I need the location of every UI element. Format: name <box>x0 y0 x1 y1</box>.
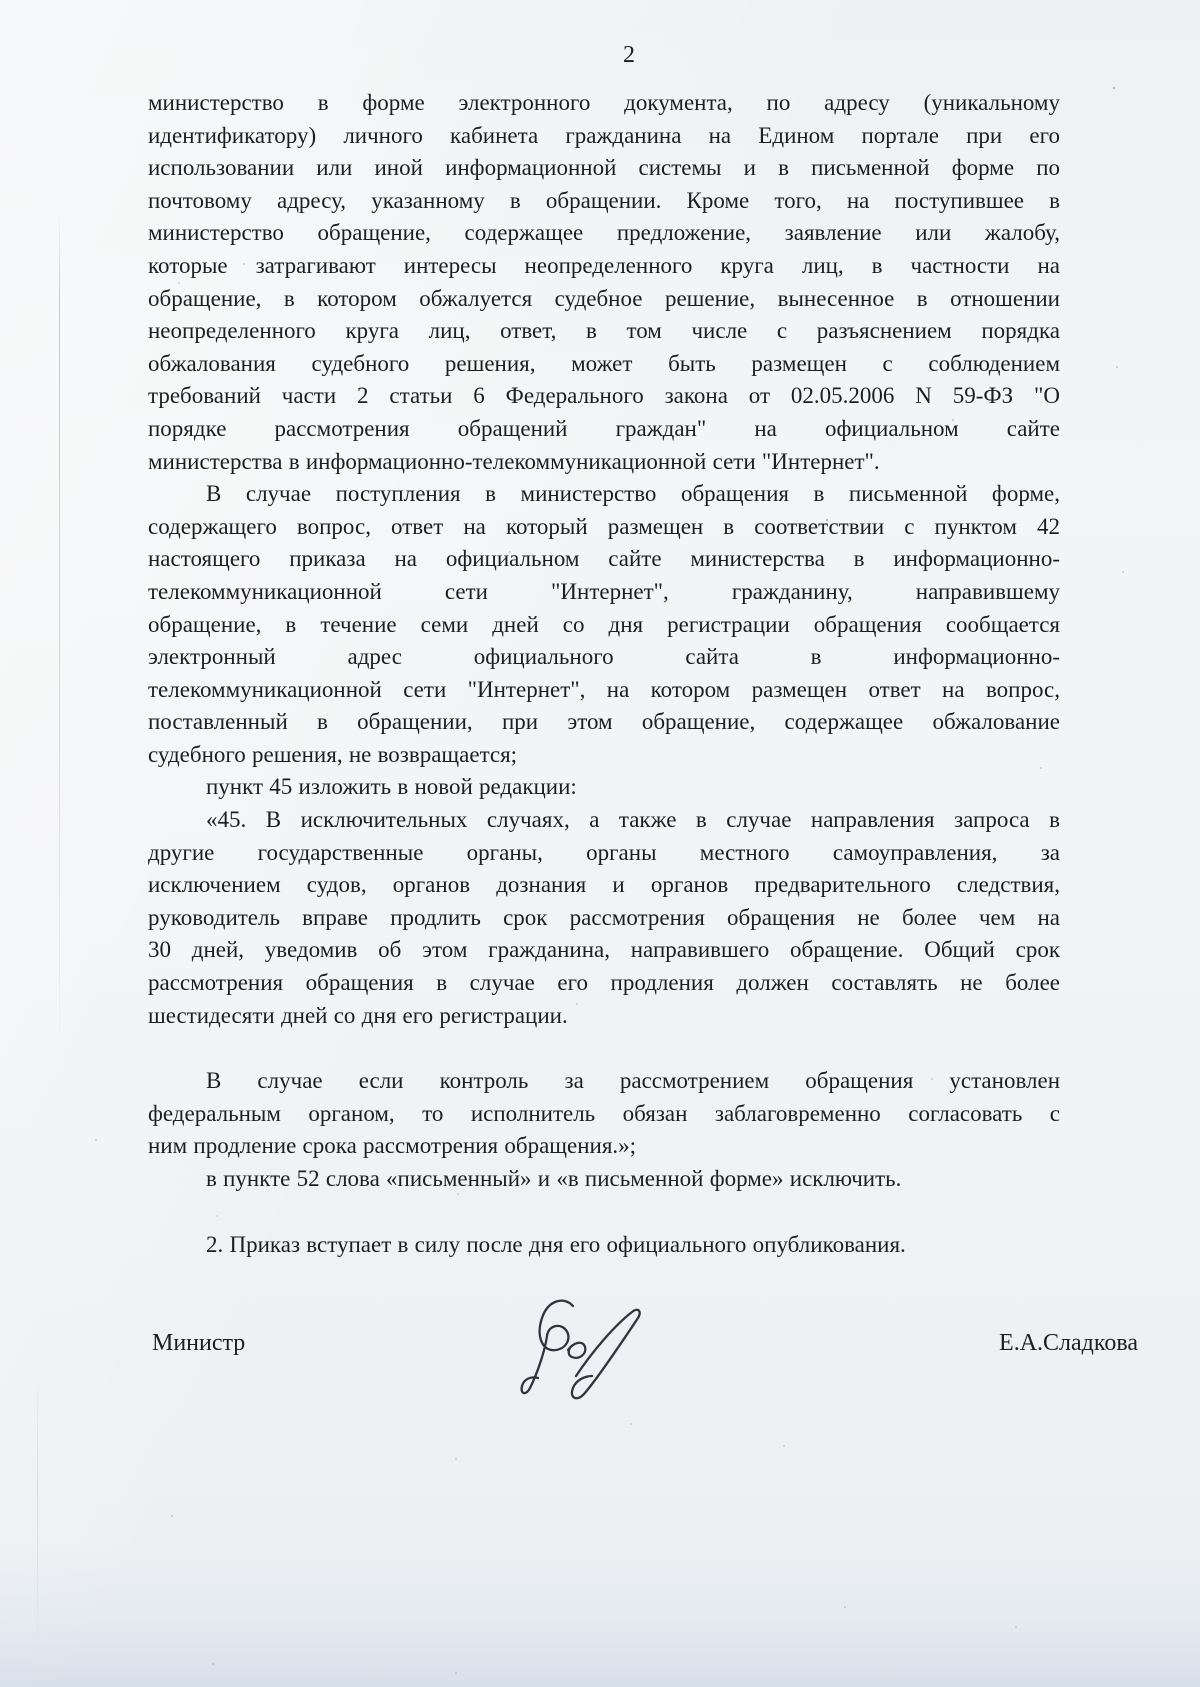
text-line: «45. В исключительных случаях, а также в… <box>148 804 1060 837</box>
text-line: В случае если контроль за рассмотрением … <box>148 1065 1060 1098</box>
text-line: порядке рассмотрения обращений граждан" … <box>148 413 1060 446</box>
text-line: обжалования судебного решения, может быт… <box>148 348 1060 381</box>
text-line: исключением судов, органов дознания и ор… <box>148 869 1060 902</box>
text-line: использовании или иной информационной си… <box>148 152 1060 185</box>
text-line: рассмотрения обращения в случае его прод… <box>148 967 1060 1000</box>
text-line: судебного решения, не возвращается; <box>148 739 1060 772</box>
text-line: другие государственные органы, органы ме… <box>148 837 1060 870</box>
scan-noise-specks <box>0 0 2 2</box>
text-line: министерства в информационно-телекоммуни… <box>148 446 1060 479</box>
text-line: телекоммуникационной сети "Интернет", на… <box>148 674 1060 707</box>
text-line: министерство обращение, содержащее предл… <box>148 217 1060 250</box>
text-line: поставленный в обращении, при этом обращ… <box>148 706 1060 739</box>
document-page: 2 министерство в форме электронного доку… <box>0 0 1200 1687</box>
text-line: которые затрагивают интересы неопределен… <box>148 250 1060 283</box>
paragraph: пункт 45 изложить в новой редакции: <box>148 771 1060 804</box>
text-line: обращение, в котором обжалуется судебное… <box>148 283 1060 316</box>
text-line: настоящего приказа на официальном сайте … <box>148 543 1060 576</box>
text-line: обращение, в течение семи дней со дня ре… <box>148 609 1060 642</box>
text-line: федеральным органом, то исполнитель обяз… <box>148 1098 1060 1131</box>
paragraph: 2. Приказ вступает в силу после дня его … <box>148 1229 1060 1262</box>
text-line: пункт 45 изложить в новой редакции: <box>148 771 1060 804</box>
text-line: электронный адрес официального сайта в и… <box>148 641 1060 674</box>
text-line: неопределенного круга лиц, ответ, в том … <box>148 315 1060 348</box>
text-line: 2. Приказ вступает в силу после дня его … <box>148 1229 1060 1262</box>
text-line: ним продление срока рассмотрения обращен… <box>148 1130 1060 1163</box>
text-line: идентификатору) личного кабинета граждан… <box>148 120 1060 153</box>
text-line: требований части 2 статьи 6 Федерального… <box>148 380 1060 413</box>
text-line: содержащего вопрос, ответ на который раз… <box>148 511 1060 544</box>
text-line: руководитель вправе продлить срок рассмо… <box>148 902 1060 935</box>
paragraph: «45. В исключительных случаях, а также в… <box>148 804 1060 1032</box>
signatory-title: Министр <box>152 1330 245 1357</box>
text-line: 30 дней, уведомив об этом гражданина, на… <box>148 934 1060 967</box>
paragraph: В случае поступления в министерство обра… <box>148 478 1060 771</box>
paragraph: в пункте 52 слова «письменный» и «в пись… <box>148 1163 1060 1196</box>
page-number: 2 <box>173 42 1085 69</box>
text-line: в пункте 52 слова «письменный» и «в пись… <box>148 1163 1060 1196</box>
paragraph: В случае если контроль за рассмотрением … <box>148 1065 1060 1163</box>
text-line: шестидесяти дней со дня его регистрации. <box>148 1000 1060 1033</box>
paragraph: министерство в форме электронного докуме… <box>148 87 1060 478</box>
scan-crease-line <box>59 212 60 1092</box>
text-line: телекоммуникационной сети "Интернет", гр… <box>148 576 1060 609</box>
signatory-name: Е.А.Сладкова <box>999 1330 1138 1357</box>
scan-bottom-tint <box>0 1545 1200 1687</box>
text-line: министерство в форме электронного докуме… <box>148 87 1060 120</box>
text-line: В случае поступления в министерство обра… <box>148 478 1060 511</box>
handwritten-signature <box>518 1292 648 1407</box>
document-body: министерство в форме электронного докуме… <box>148 87 1060 1261</box>
text-line: почтовому адресу, указанному в обращении… <box>148 185 1060 218</box>
signature-block: Министр Е.А.Сладкова <box>152 1292 1138 1437</box>
